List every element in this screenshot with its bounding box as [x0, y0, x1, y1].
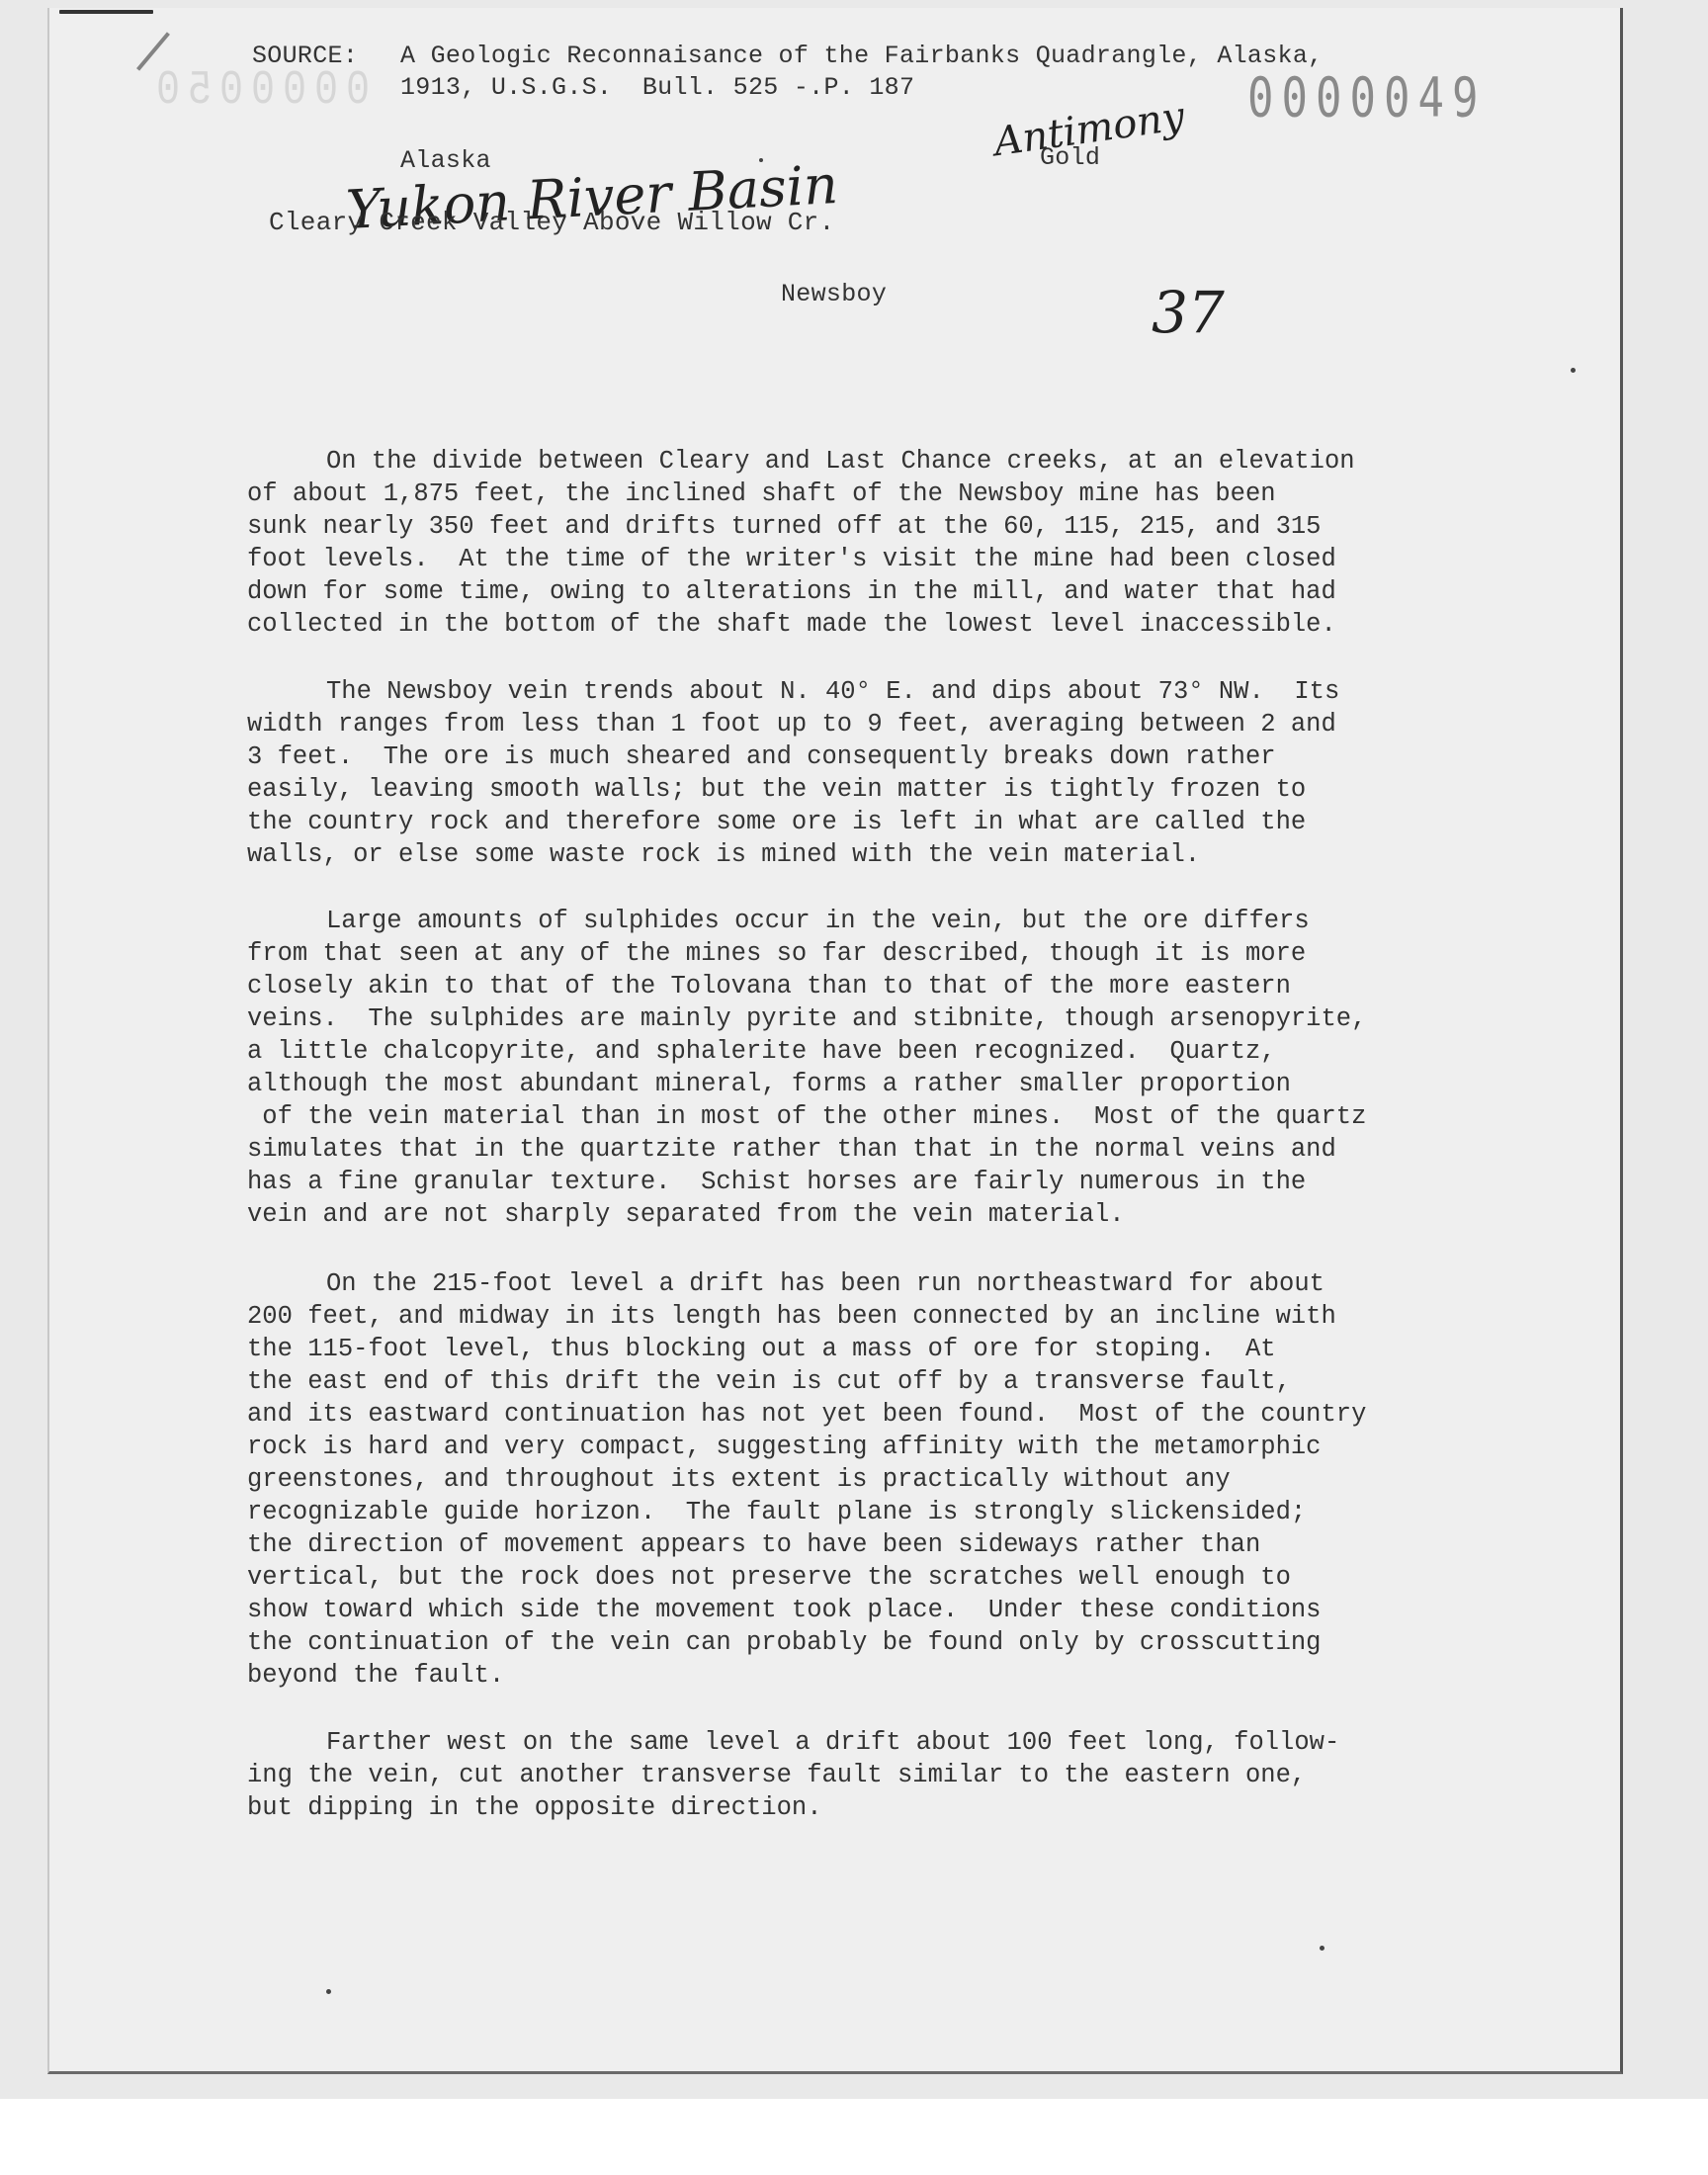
- text-line: sunk nearly 350 feet and drifts turned o…: [247, 510, 1493, 543]
- text-line: veins. The sulphides are mainly pyrite a…: [247, 1002, 1493, 1035]
- commodity-typed: Gold: [1040, 143, 1100, 172]
- text-line: closely akin to that of the Tolovana tha…: [247, 970, 1493, 1002]
- text-line: greenstones, and throughout its extent i…: [247, 1463, 1493, 1496]
- location-heading: Cleary Creek Valley Above Willow Cr.: [269, 208, 835, 237]
- text-line: the continuation of the vein can probabl…: [247, 1626, 1493, 1659]
- text-line: although the most abundant mineral, form…: [247, 1068, 1493, 1100]
- text-line: of the vein material than in most of the…: [247, 1100, 1493, 1133]
- text-line: vein and are not sharply separated from …: [247, 1198, 1493, 1231]
- text-line: beyond the fault.: [247, 1659, 1493, 1692]
- source-line-1: A Geologic Reconnaisance of the Fairbank…: [400, 42, 1323, 70]
- speck: [1571, 368, 1576, 373]
- text-line: easily, leaving smooth walls; but the ve…: [247, 773, 1493, 806]
- text-line: collected in the bottom of the shaft mad…: [247, 608, 1493, 641]
- text-line: has a fine granular texture. Schist hors…: [247, 1166, 1493, 1198]
- paragraph-1: On the divide between Cleary and Last Ch…: [247, 445, 1493, 641]
- text-line: Large amounts of sulphides occur in the …: [247, 905, 1493, 937]
- text-line: Farther west on the same level a drift a…: [247, 1726, 1493, 1759]
- paragraph-5: Farther west on the same level a drift a…: [247, 1726, 1493, 1824]
- document-number-stamp: 0000049: [1247, 67, 1486, 130]
- region-typed: Alaska: [400, 146, 491, 175]
- text-line: 200 feet, and midway in its length has b…: [247, 1300, 1493, 1333]
- handwritten-page-number: 37: [1152, 279, 1225, 346]
- text-line: the country rock and therefore some ore …: [247, 806, 1493, 838]
- text-line: On the divide between Cleary and Last Ch…: [247, 445, 1493, 478]
- source-label: SOURCE:: [252, 42, 358, 70]
- text-line: On the 215-foot level a drift has been r…: [247, 1267, 1493, 1300]
- text-line: show toward which side the movement took…: [247, 1594, 1493, 1626]
- text-line: recognizable guide horizon. The fault pl…: [247, 1496, 1493, 1528]
- speck: [1320, 1946, 1324, 1951]
- text-line: vertical, but the rock does not preserve…: [247, 1561, 1493, 1594]
- text-line: down for some time, owing to alterations…: [247, 575, 1493, 608]
- text-line: ing the vein, cut another transverse fau…: [247, 1759, 1493, 1791]
- text-line: simulates that in the quartzite rather t…: [247, 1133, 1493, 1166]
- speck: [759, 158, 763, 162]
- source-line-2: 1913, U.S.G.S. Bull. 525 -.P. 187: [400, 73, 914, 102]
- text-line: rock is hard and very compact, suggestin…: [247, 1431, 1493, 1463]
- paragraph-4: On the 215-foot level a drift has been r…: [247, 1267, 1493, 1692]
- text-line: of about 1,875 feet, the inclined shaft …: [247, 478, 1493, 510]
- text-line: from that seen at any of the mines so fa…: [247, 937, 1493, 970]
- text-line: width ranges from less than 1 foot up to…: [247, 708, 1493, 740]
- paragraph-2: The Newsboy vein trends about N. 40° E. …: [247, 675, 1493, 871]
- text-line: and its eastward continuation has not ye…: [247, 1398, 1493, 1431]
- text-line: a little chalcopyrite, and sphalerite ha…: [247, 1035, 1493, 1068]
- text-line: The Newsboy vein trends about N. 40° E. …: [247, 675, 1493, 708]
- text-line: walls, or else some waste rock is mined …: [247, 838, 1493, 871]
- text-line: the direction of movement appears to hav…: [247, 1528, 1493, 1561]
- text-line: the 115-foot level, thus blocking out a …: [247, 1333, 1493, 1365]
- bleedthrough-stamp: 0000050: [148, 65, 370, 119]
- text-line: the east end of this drift the vein is c…: [247, 1365, 1493, 1398]
- speck: [326, 1989, 331, 1994]
- text-line: but dipping in the opposite direction.: [247, 1791, 1493, 1824]
- top-edge-mark: [59, 10, 153, 14]
- text-line: foot levels. At the time of the writer's…: [247, 543, 1493, 575]
- text-line: 3 feet. The ore is much sheared and cons…: [247, 740, 1493, 773]
- mine-name: Newsboy: [781, 280, 887, 308]
- paragraph-3: Large amounts of sulphides occur in the …: [247, 905, 1493, 1231]
